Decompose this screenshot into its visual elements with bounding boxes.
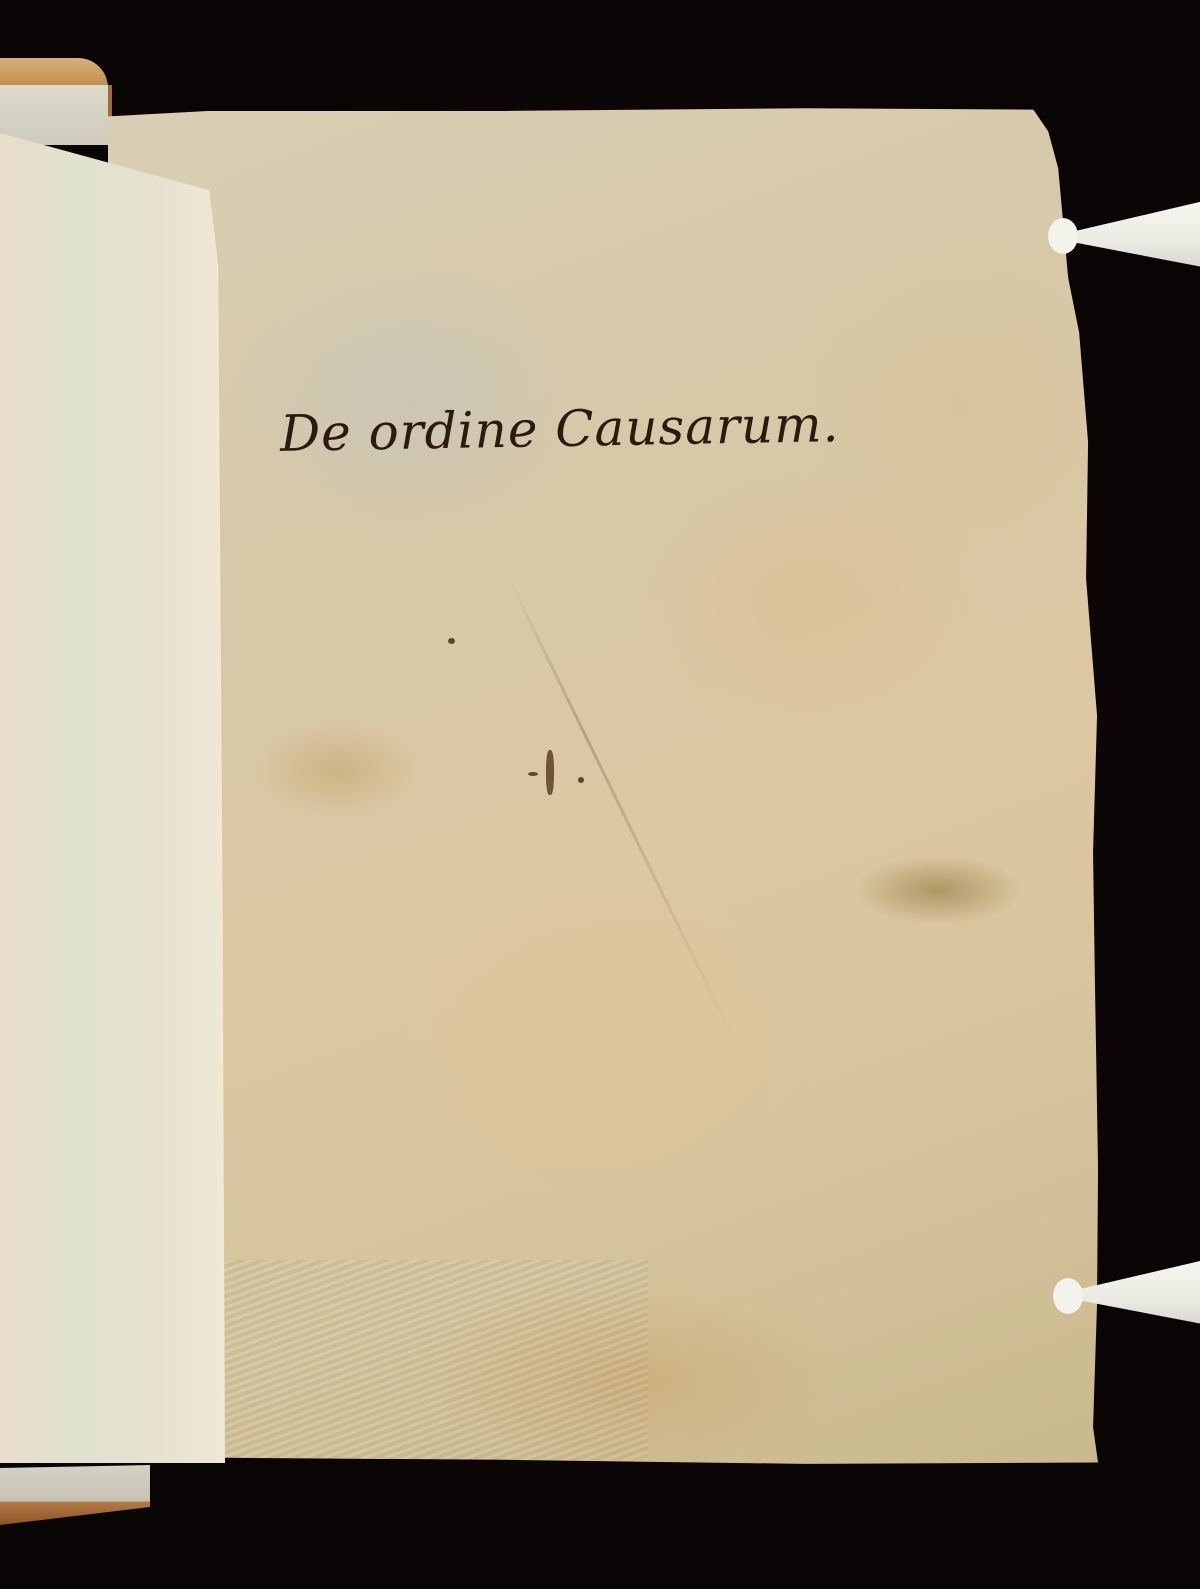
diagonal-crease (508, 579, 739, 1048)
hair-side-texture (208, 1260, 648, 1460)
ink-speck (448, 638, 455, 644)
ink-speck (528, 772, 538, 776)
ink-speck (578, 777, 584, 783)
title-inscription: De ordine Causarum. (280, 395, 840, 463)
text-block-edge (0, 85, 112, 145)
bone-folder-top-tip (1048, 218, 1078, 254)
bone-folder-bottom-tip (1053, 1278, 1083, 1314)
parchment-leaf: De ordine Causarum. (108, 100, 1103, 1468)
ink-stain (546, 750, 554, 795)
modern-flyleaf (0, 133, 225, 1463)
